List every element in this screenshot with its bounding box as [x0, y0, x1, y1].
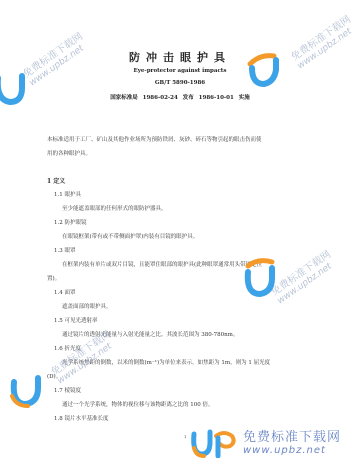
standard-code: GB/T 5890-1986 — [0, 80, 360, 86]
footer-brand: 免费标准下载网 www.upbz.net — [190, 428, 341, 458]
clause-1-3-text-2: 置)。 — [47, 274, 60, 282]
clause-1-2-heading: 1.2 防护眼镜 — [54, 218, 87, 226]
clause-1-3-heading: 1.3 眼罩 — [54, 246, 76, 254]
clause-1-8-heading: 1.8 镜片水平基准长度 — [54, 414, 109, 422]
scope-line-1: 本标准适用于工厂、矿山及其他作业场所为预防铁屑、灰砂、碎石等物引起的眼击伤而使 — [47, 135, 262, 143]
up-logo-icon — [6, 366, 50, 410]
clause-1-1-heading: 1.1 眼护具 — [54, 190, 81, 198]
clause-1-2-text: 在眼镜框架(带有或不带侧面护罩)内装有目镜的眼护具。 — [62, 232, 198, 240]
up-logo-icon — [0, 70, 32, 110]
clause-1-1-text: 至少能遮盖眼部的任何形式的眼防护器具。 — [62, 204, 167, 212]
footer-brand-cn: 免费标准下载网 — [243, 431, 341, 445]
clause-1-7-text: 通过一个光学系统，物体的视位移与该物距离之比的 100 倍。 — [62, 400, 214, 408]
scope-line-2: 用的各种眼护具。 — [47, 149, 91, 157]
document-page: 防冲击眼护具 Eye-protector against impacts GB/… — [0, 0, 360, 466]
section-heading-definitions: 1 定义 — [47, 176, 65, 185]
clause-1-3-text-1: 在框架内装有单片或双片目镜，且能罩住眼部的眼护具(此种眼罩通常用头带固定位 — [62, 260, 262, 268]
up-logo-icon — [190, 428, 240, 458]
clause-1-4-heading: 1.4 面罩 — [54, 288, 76, 296]
clause-1-4-text: 遮盖面部的眼护具。 — [62, 302, 112, 310]
footer-brand-url: www.upbz.net — [243, 445, 341, 456]
up-logo-icon — [246, 50, 290, 88]
clause-1-7-heading: 1.7 棱镜度 — [54, 386, 81, 394]
page-number: 1 — [184, 434, 187, 439]
clause-1-5-text: 通过镜片的透射光能量与入射光能量之比。其波长范围为 380-780nm。 — [62, 330, 238, 338]
up-logo-icon — [240, 256, 284, 300]
issue-info: 国家标准局 1986-02-24 发布 1986-10-01 实施 — [0, 93, 360, 101]
clause-1-5-heading: 1.5 可见光透射率 — [54, 316, 98, 324]
